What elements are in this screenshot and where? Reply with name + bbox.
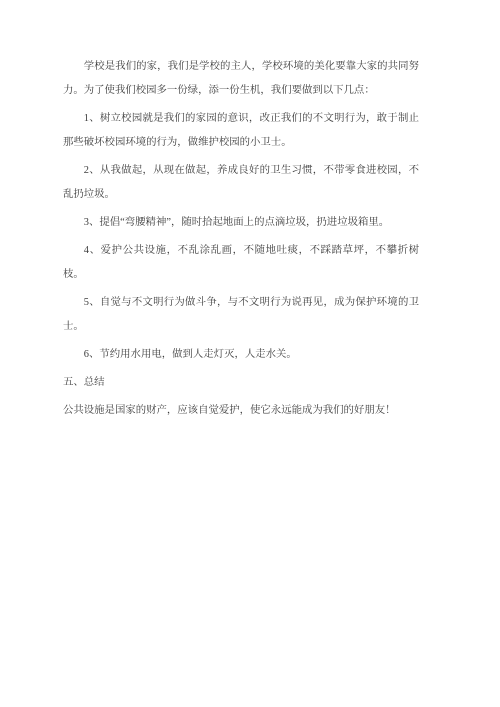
list-item-1: 1、树立校园就是我们的家园的意识，改正我们的不文明行为，敢于制止那些破坏校园环境… — [63, 107, 419, 155]
list-item-5: 5、自觉与不文明行为做斗争，与不文明行为说再见，成为保护环境的卫士。 — [63, 291, 419, 339]
paragraph-summary: 公共设施是国家的财产，应该自觉爱护，使它永远能成为我们的好朋友！ — [63, 399, 419, 423]
list-item-3: 3、提倡“弯腰精神”，随时拾起地面上的点滴垃圾，扔进垃圾箱里。 — [63, 211, 419, 235]
list-item-4: 4、爱护公共设施，不乱涂乱画，不随地吐痰，不踩踏草坪，不攀折树枝。 — [63, 239, 419, 287]
document-page: 学校是我们的家，我们是学校的主人，学校环境的美化要靠大家的共同努力。为了使我们校… — [0, 0, 500, 427]
list-item-6: 6、节约用水用电，做到人走灯灭，人走水关。 — [63, 343, 419, 367]
paragraph-intro: 学校是我们的家，我们是学校的主人，学校环境的美化要靠大家的共同努力。为了使我们校… — [63, 55, 419, 103]
section-heading-summary: 五、总结 — [63, 371, 419, 395]
list-item-2: 2、从我做起，从现在做起，养成良好的卫生习惯，不带零食进校园，不乱扔垃圾。 — [63, 159, 419, 207]
